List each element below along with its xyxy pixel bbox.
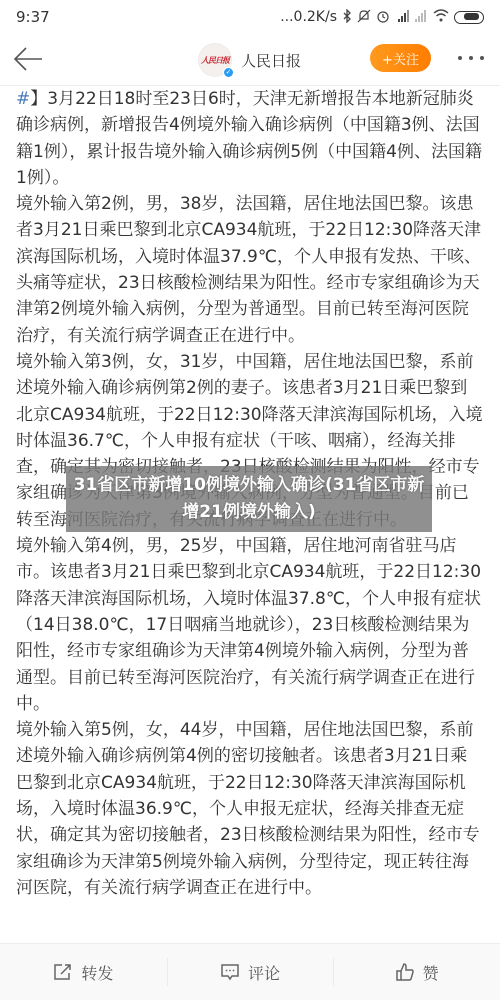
comment-icon [220,963,240,981]
more-dot [469,56,473,60]
network-speed: ...0.2K/s [280,9,337,25]
comment-label: 评论 [248,961,280,984]
more-dot [480,56,484,60]
share-icon [53,963,73,981]
article-paragraph: #】3月22日18时至23日6时，天津无新增报告本地新冠肺炎确诊病例，新增报告4… [16,86,484,191]
paragraph-text: 】3月22日18时至23日6时，天津无新增报告本地新冠肺炎确诊病例，新增报告4例… [16,89,482,188]
more-horizontal-icon [458,56,462,60]
avatar[interactable]: 人民日报 ✓ [198,43,232,77]
avatar-logo: 人民日报 [201,55,229,66]
article-paragraph: 境外输入第4例，男，25岁，中国籍，居住地河南省驻马店市。该患者3月21日乘巴黎… [16,533,484,717]
overlay-caption-text: 31省区市新增10例境外输入确诊(31省区市新增21例境外输入) [72,472,426,526]
status-bar: 9:37 ...0.2K/s [0,0,500,34]
like-label: 赞 [423,961,439,984]
bottom-action-bar: 转发 评论 赞 [0,943,500,1000]
account-name[interactable]: 人民日报 [241,50,301,71]
arrow-left-icon [12,44,46,74]
article-paragraph: 境外输入第5例，女，44岁，中国籍，居住地法国巴黎，系前述境外输入确诊病例第4例… [16,717,484,901]
topic-hash-link[interactable]: # [16,89,30,109]
back-button[interactable] [12,44,46,74]
article-paragraph: 境外输入第2例，男，38岁，法国籍，居住地法国巴黎。该患者3月21日乘巴黎到北京… [16,191,484,349]
share-label: 转发 [81,961,113,984]
account-header[interactable]: 人民日报 ✓ 人民日报 [198,43,301,77]
status-icons: ...0.2K/s [280,9,484,26]
like-button[interactable]: 赞 [333,944,500,1000]
share-button[interactable]: 转发 [0,944,167,1000]
alarm-icon [376,9,390,26]
thumbs-up-icon [395,962,415,982]
follow-button[interactable]: +关注 [370,44,431,72]
battery-icon [454,11,484,24]
signal-icon [414,9,428,26]
bluetooth-icon [342,9,352,26]
wifi-icon [433,9,449,25]
overlay-caption: 31省区市新增10例境外输入确诊(31省区市新增21例境外输入) [66,466,432,532]
more-options-button[interactable] [454,48,488,68]
mute-icon [357,9,371,26]
verified-badge-icon: ✓ [223,67,234,78]
hd-signal-icon [395,9,409,26]
comment-button[interactable]: 评论 [167,944,334,1000]
nav-bar: 人民日报 ✓ 人民日报 +关注 [0,34,500,86]
status-time: 9:37 [16,8,50,26]
